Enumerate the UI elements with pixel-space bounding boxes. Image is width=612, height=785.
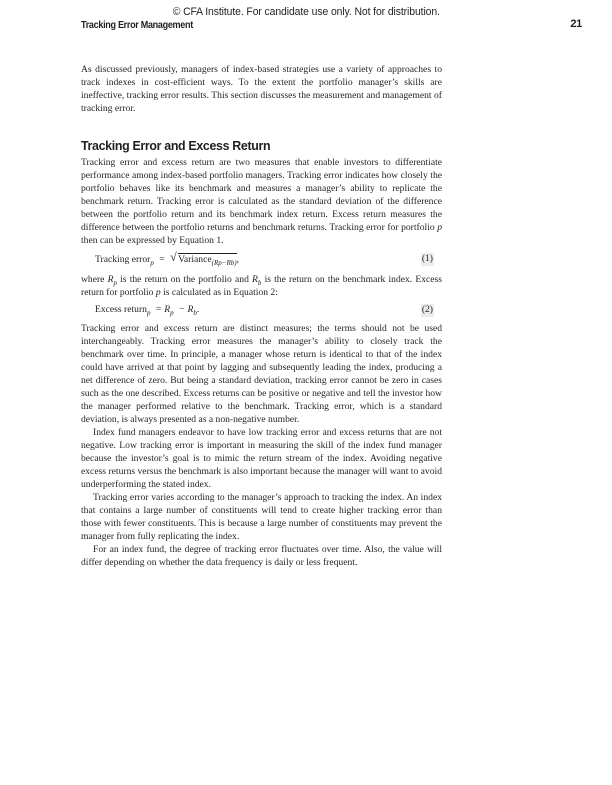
equation-2-body: Excess returnp =Rp −Rb. — [95, 304, 199, 317]
paragraph-constituents: Tracking error varies according to the m… — [81, 492, 442, 544]
radical-sign-icon: √ — [170, 251, 177, 263]
paragraph-low-tracking-error: Index fund managers endeavor to have low… — [81, 427, 442, 492]
equation-2-number: (2) — [421, 304, 434, 317]
intro-paragraph: As discussed previously, managers of ind… — [81, 64, 442, 116]
equation-1: Tracking errorp = √ Variance(Rp−Rb) , (1… — [81, 250, 442, 272]
paragraph-where: where Rp is the return on the portfolio … — [81, 274, 442, 300]
page-number: 21 — [570, 18, 582, 30]
equation-1-number: (1) — [421, 253, 434, 266]
equation-1-body: Tracking errorp = √ Variance(Rp−Rb) , — [95, 253, 239, 267]
paragraph-fluctuation: For an index fund, the degree of trackin… — [81, 544, 442, 570]
paragraph-definition: Tracking error and excess return are two… — [81, 157, 442, 248]
paragraph-distinct-measures: Tracking error and excess return are dis… — [81, 323, 442, 427]
equation-2: Excess returnp =Rp −Rb. (2) — [81, 302, 442, 319]
copyright-notice: © CFA Institute. For candidate use only.… — [22, 6, 591, 18]
page-body: As discussed previously, managers of ind… — [81, 64, 442, 570]
square-root: √ Variance(Rp−Rb) — [170, 253, 237, 267]
running-head-title: Tracking Error Management — [81, 19, 193, 31]
section-heading: Tracking Error and Excess Return — [81, 138, 420, 154]
